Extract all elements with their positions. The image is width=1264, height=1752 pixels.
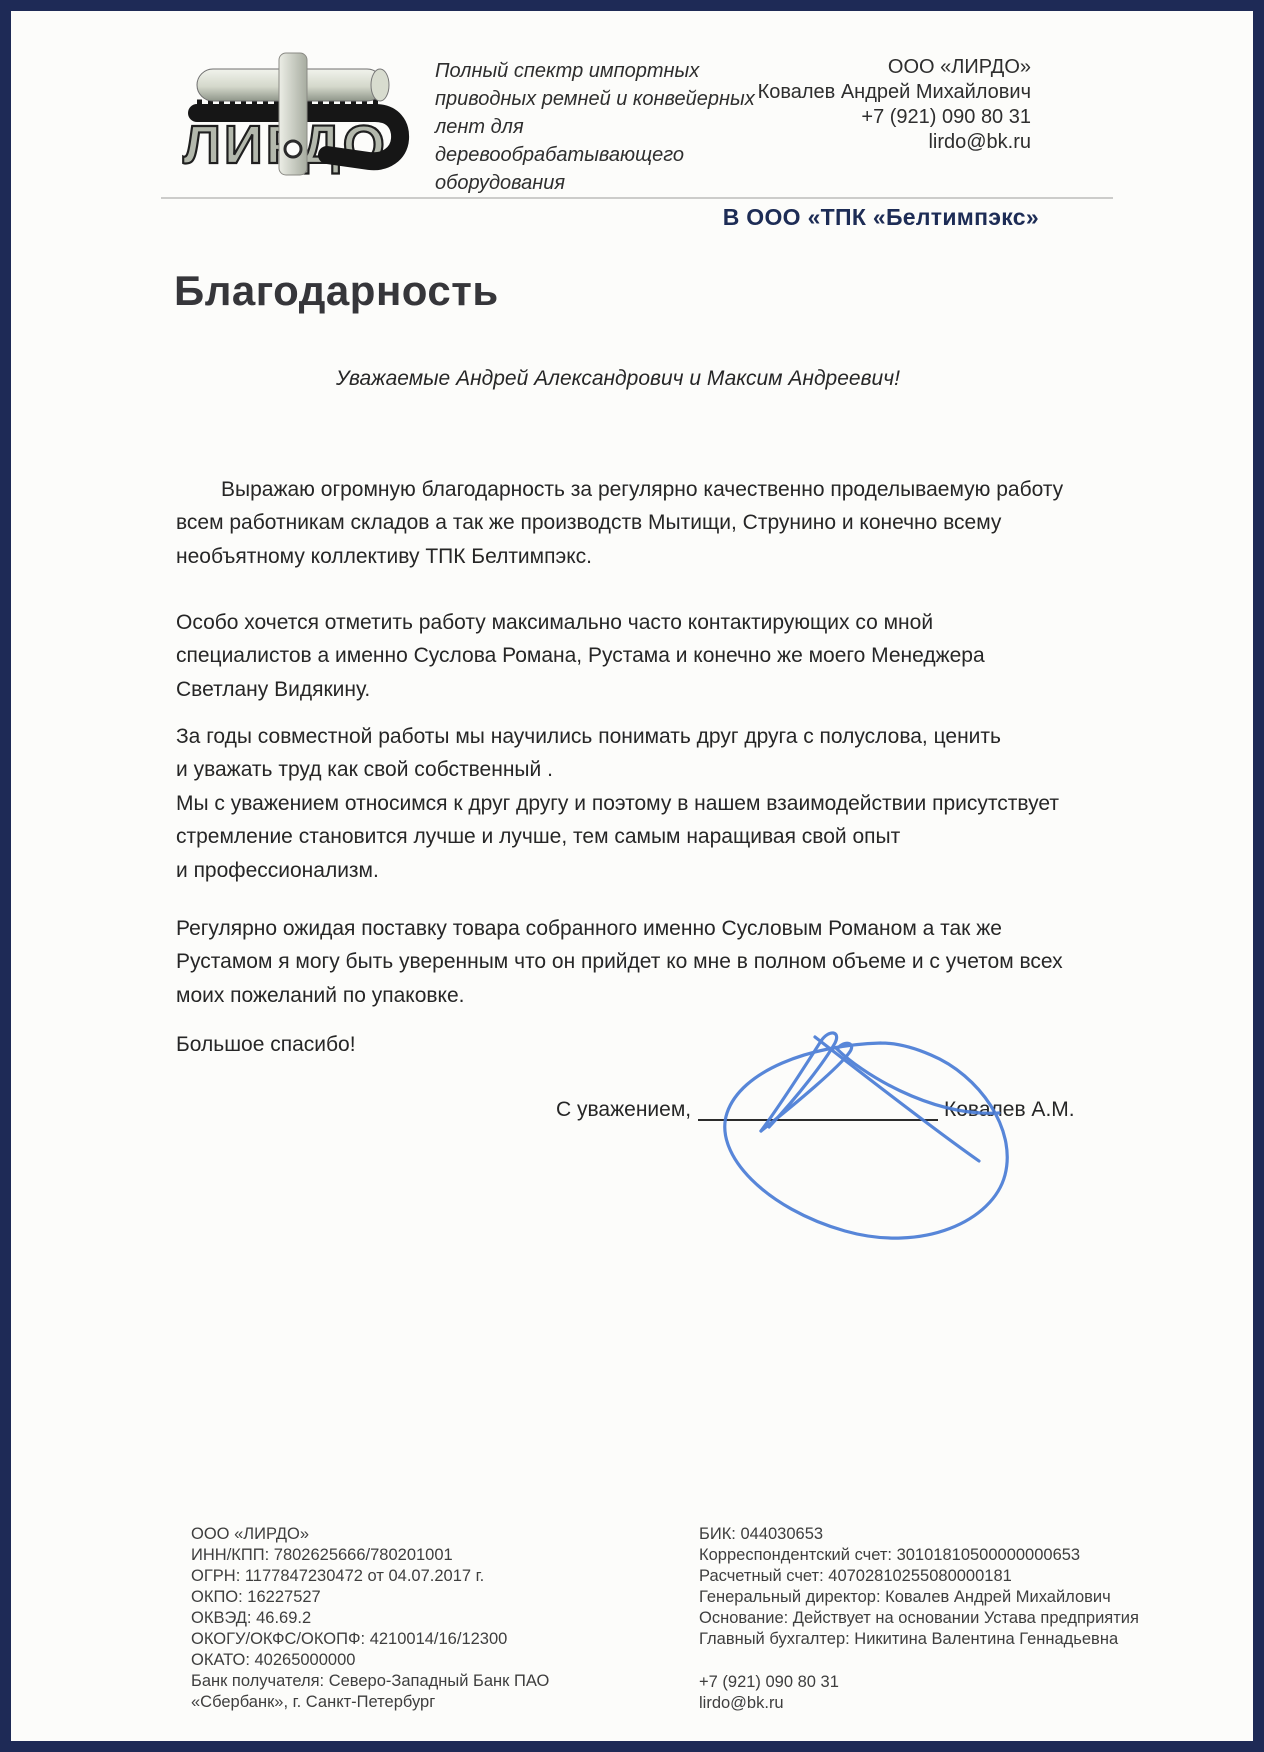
handwritten-signature [649,1009,1033,1255]
footer-right-column: БИК: 044030653 Корреспондентский счет: 3… [699,1524,1189,1650]
paragraph-deliveries: Регулярно ожидая поставку товара собранн… [176,912,1071,1012]
salutation-line: Уважаемые Андрей Александрович и Максим … [336,367,900,391]
paragraph-cooperation: За годы совместной работы мы научились п… [176,720,1071,887]
contact-email: lirdo@bk.ru [601,130,1031,155]
signature-ear-loop-1 [761,1033,837,1131]
lirdo-logo: ЛИРДО [179,51,419,179]
post-hole-shape [285,141,301,157]
thanks-line: Большое спасибо! [176,1033,356,1057]
letter-title: Благодарность [174,267,499,315]
log-end-cap [371,69,389,101]
header-contact-block: ООО «ЛИРДО» Ковалев Андрей Михайлович +7… [601,55,1031,155]
recipient-line: В ООО «ТПК «Белтимпэкс» [399,204,1039,231]
footer-left-column: ООО «ЛИРДО» ИНН/КПП: 7802625666/78020100… [191,1524,671,1713]
signature-diagonal-stroke [815,1037,979,1161]
header-divider [161,197,1113,199]
contact-phone: +7 (921) 090 80 31 [601,105,1031,130]
footer-contact-block: +7 (921) 090 80 31 lirdo@bk.ru [699,1672,999,1714]
letter-page: ЛИРДО Полный спектр импортных приводных … [0,0,1264,1752]
contact-company: ООО «ЛИРДО» [601,55,1031,80]
contact-person: Ковалев Андрей Михайлович [601,80,1031,105]
paragraph-gratitude: Выражаю огромную благодарность за регуля… [176,473,1071,573]
paragraph-specialists: Особо хочется отметить работу максимальн… [176,606,1071,706]
